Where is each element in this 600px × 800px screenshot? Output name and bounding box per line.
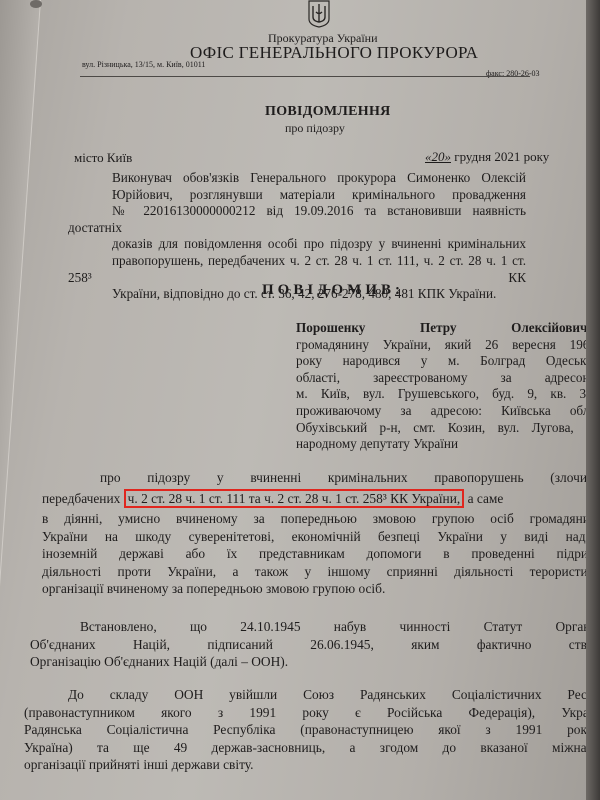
suspicion-line: України на шкоду суверенітетові, економі… (42, 528, 588, 546)
suspicion-line: про підозру у вчиненні кримінальних прав… (42, 469, 588, 487)
document-photo: Прокуратура України ОФІС ГЕНЕРАЛЬНОГО ПР… (0, 0, 588, 800)
charges-suffix: а саме (464, 491, 503, 506)
paper-fold (0, 0, 41, 800)
established-paragraph: Встановлено, що 24.10.1945 набув чинност… (30, 618, 588, 671)
suspect-line: громадянину України, який 26 вересня 196… (296, 337, 588, 354)
intro-line: № 22016130000000212 від 19.09.2016 та вс… (68, 203, 526, 236)
intro-line: Юрійович, розглянувши матеріали кримінал… (68, 187, 526, 204)
punch-hole (30, 0, 42, 8)
document-date: «20» грудня 2021 року (425, 149, 549, 165)
established-line: Встановлено, що 24.10.1945 набув чинност… (30, 618, 588, 636)
document-title: ПОВІДОМЛЕННЯ (265, 104, 391, 120)
suspect-line: проживаючому за адресою: Київська обл., (296, 403, 588, 420)
suspicion-line-charges: передбачених ч. 2 ст. 28 ч. 1 ст. 111 та… (42, 490, 588, 508)
date-day: «20» (425, 149, 451, 164)
charges-highlight-box: ч. 2 ст. 28 ч. 1 ст. 111 та ч. 2 ст. 28 … (124, 489, 465, 508)
trident-emblem-icon (308, 0, 330, 28)
suspicion-line: іноземній державі або їх представникам д… (42, 545, 588, 563)
suspect-line: м. Київ, вул. Грушевського, буд. 9, кв. … (296, 386, 588, 403)
notified-heading: ПОВІДОМИВ: (262, 282, 404, 299)
suspect-name: Порошенку Петру Олексійовичу, (296, 320, 588, 337)
date-month-year: грудня 2021 року (451, 149, 549, 164)
suspect-line: Обухівський р-н, смт. Козин, вул. Лугова… (296, 420, 588, 437)
suspect-line: народному депутату України (296, 436, 588, 453)
intro-line: Виконувач обов'язків Генерального прокур… (68, 170, 526, 187)
suspect-line: області, зареєстрованому за адресою: (296, 370, 588, 387)
intro-line: доказів для повідомлення особі про підоз… (68, 236, 526, 253)
header-rule (80, 76, 530, 77)
document-city: місто Київ (74, 150, 132, 166)
suspicion-line: діяльності проти України, а також у іншо… (42, 563, 588, 581)
established-line: Об'єднаних Націй, підписаний 26.06.1945,… (30, 636, 588, 654)
charges-prefix: передбачених (42, 491, 124, 506)
suspicion-line: організації вчиненому за попередньою змо… (42, 580, 588, 598)
suspect-line: року народився у м. Болград Одеської (296, 353, 588, 370)
un-line: Радянська Соціалістична Республіка (прав… (24, 721, 588, 739)
background-edge (586, 0, 600, 800)
un-line: організації прийняті інші держави світу. (24, 756, 588, 774)
document-subtitle: про підозру (285, 121, 345, 136)
suspicion-line: в діянні, умисно вчиненому за попередньо… (42, 510, 588, 528)
suspect-details: Порошенку Петру Олексійовичу, громадянин… (296, 320, 588, 453)
un-line: (правонаступником якого з 1991 року є Ро… (24, 704, 588, 722)
office-name: ОФІС ГЕНЕРАЛЬНОГО ПРОКУРОРА (190, 43, 478, 63)
un-paragraph: До складу ООН увійшли Союз Радянських Со… (24, 686, 588, 774)
un-line: До складу ООН увійшли Союз Радянських Со… (24, 686, 588, 704)
established-line: Організацію Об'єднаних Націй (далі – ООН… (30, 653, 588, 671)
office-address: вул. Різницька, 13/15, м. Київ, 01011 (82, 60, 205, 69)
suspicion-paragraph: про підозру у вчиненні кримінальних прав… (42, 469, 588, 598)
un-line: Україна) та ще 49 держав-засновниць, а з… (24, 739, 588, 757)
